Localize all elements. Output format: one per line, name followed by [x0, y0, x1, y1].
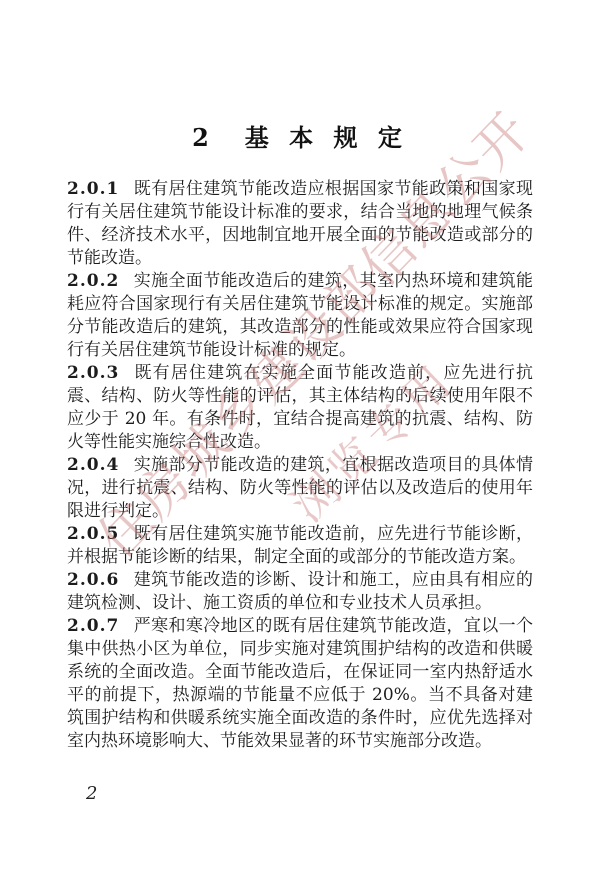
clause-text: 实施部分节能改造的建筑，宜根据改造项目的具体情况，进行抗震、结构、防火等性能的评…	[67, 455, 533, 521]
clause-text: 实施全面节能改造后的建筑，其室内热环境和建筑能耗应符合国家现行有关居住建筑节能设…	[67, 271, 533, 360]
clause-2-0-6: 2.0.6建筑节能改造的诊断、设计和施工，应由具有相应的建筑检测、设计、施工资质…	[67, 569, 533, 615]
clause-number: 2.0.6	[67, 570, 119, 590]
clause-text: 建筑节能改造的诊断、设计和施工，应由具有相应的建筑检测、设计、施工资质的单位和专…	[67, 570, 533, 613]
clause-list: 2.0.1既有居住建筑节能改造应根据国家节能政策和国家现行有关居住建筑节能设计标…	[67, 178, 533, 753]
clause-text: 既有居住建筑节能改造应根据国家节能政策和国家现行有关居住建筑节能设计标准的要求，…	[67, 179, 533, 268]
clause-2-0-3: 2.0.3既有居住建筑在实施全面节能改造前，应先进行抗震、结构、防火等性能的评估…	[67, 362, 533, 454]
clause-2-0-7: 2.0.7严寒和寒冷地区的既有居住建筑节能改造，宜以一个集中供热小区为单位，同步…	[67, 615, 533, 753]
clause-text: 既有居住建筑实施节能改造前，应先进行节能诊断，并根据节能诊断的结果，制定全面的或…	[67, 524, 533, 567]
page-number: 2	[86, 783, 97, 804]
chapter-title: 2 基 本 规 定	[0, 118, 600, 153]
clause-number: 2.0.4	[67, 455, 119, 475]
clause-2-0-4: 2.0.4实施部分节能改造的建筑，宜根据改造项目的具体情况，进行抗震、结构、防火…	[67, 454, 533, 523]
clause-text: 严寒和寒冷地区的既有居住建筑节能改造，宜以一个集中供热小区为单位，同步实施对建筑…	[67, 616, 533, 751]
clause-number: 2.0.7	[67, 616, 119, 636]
clause-number: 2.0.2	[67, 271, 119, 291]
clause-text: 既有居住建筑在实施全面节能改造前，应先进行抗震、结构、防火等性能的评估，其主体结…	[67, 363, 533, 452]
clause-number: 2.0.5	[67, 524, 119, 544]
clause-2-0-1: 2.0.1既有居住建筑节能改造应根据国家节能政策和国家现行有关居住建筑节能设计标…	[67, 178, 533, 270]
clause-2-0-2: 2.0.2实施全面节能改造后的建筑，其室内热环境和建筑能耗应符合国家现行有关居住…	[67, 270, 533, 362]
clause-2-0-5: 2.0.5既有居住建筑实施节能改造前，应先进行节能诊断，并根据节能诊断的结果，制…	[67, 523, 533, 569]
document-page: 住房城乡建设部信息公开 浏览专用 2 基 本 规 定 2.0.1既有居住建筑节能…	[0, 0, 600, 869]
clause-number: 2.0.3	[67, 363, 119, 383]
clause-number: 2.0.1	[67, 179, 119, 199]
